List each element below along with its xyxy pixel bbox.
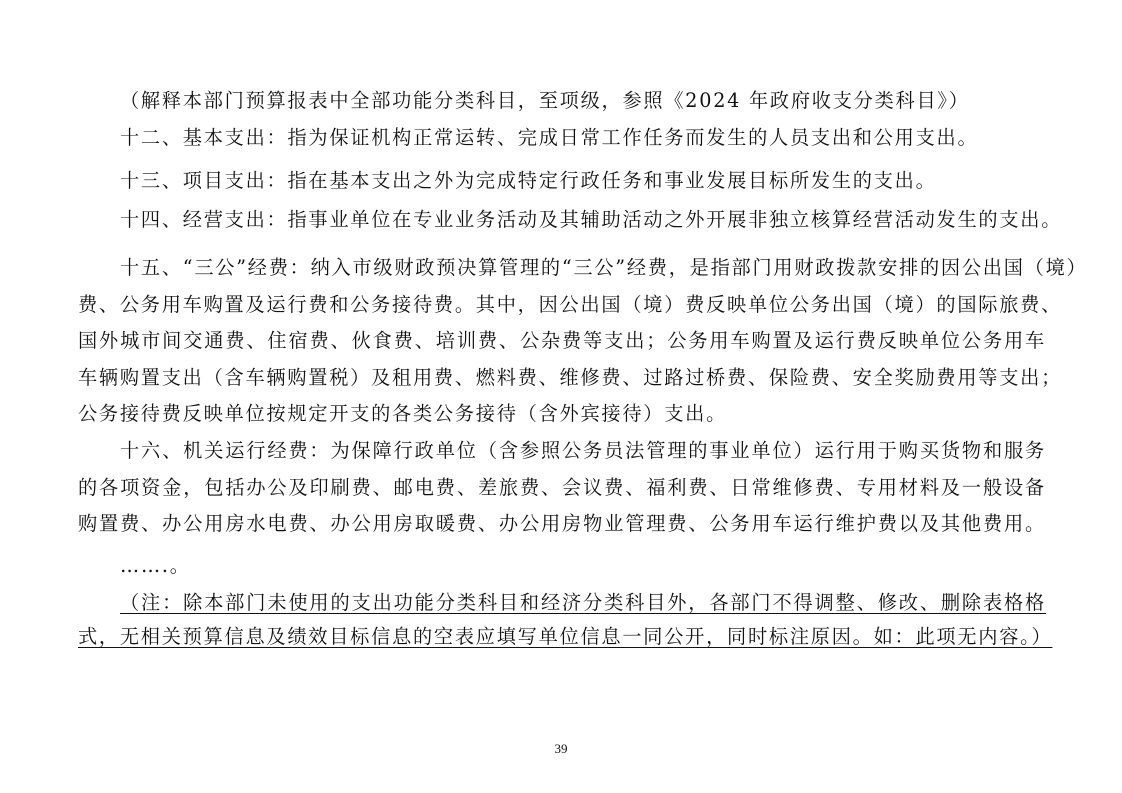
paragraph-operating-expenditure: 十四、经营支出：指事业单位在专业业务活动及其辅助活动之外开展非独立核算经营活动发…	[120, 207, 1046, 233]
note-line-2: 式，无相关预算信息及绩效目标信息的空表应填写单位信息一同公开，同时标注原因。如：…	[78, 624, 1046, 650]
paragraph-three-public-expenses-line-2: 费、公务用车购置及运行费和公务接待费。其中，因公出国（境）费反映单位公务出国（境…	[78, 292, 1046, 318]
paragraph-three-public-expenses-line-1: 十五、“三公”经费：纳入市级财政预决算管理的“三公”经费，是指部门用财政拨款安排…	[120, 255, 1046, 281]
paragraph-ellipsis: …….。	[120, 553, 1046, 579]
paragraph-project-expenditure: 十三、项目支出：指在基本支出之外为完成特定行政任务和事业发展目标所发生的支出。	[120, 168, 1046, 194]
paragraph-agency-operating-funds-line-1: 十六、机关运行经费：为保障行政单位（含参照公务员法管理的事业单位）运行用于购买货…	[120, 438, 1046, 464]
paragraph-agency-operating-funds-line-2: 的各项资金，包括办公及印刷费、邮电费、差旅费、会议费、福利费、日常维修费、专用材…	[78, 475, 1046, 501]
paragraph-three-public-expenses-line-4: 车辆购置支出（含车辆购置税）及租用费、燃料费、维修费、过路过桥费、保险费、安全奖…	[78, 365, 1046, 391]
paragraph-function-classification-note: （解释本部门预算报表中全部功能分类科目，至项级，参照《2024 年政府收支分类科…	[120, 88, 1046, 114]
page-number: 39	[0, 741, 1122, 757]
paragraph-basic-expenditure: 十二、基本支出：指为保证机构正常运转、完成日常工作任务而发生的人员支出和公用支出…	[120, 125, 1046, 151]
note-line-1: （注：除本部门未使用的支出功能分类科目和经济分类科目外，各部门不得调整、修改、删…	[120, 590, 1046, 616]
paragraph-agency-operating-funds-line-3: 购置费、办公用房水电费、办公用房取暖费、办公用房物业管理费、公务用车运行维护费以…	[78, 511, 1046, 537]
paragraph-three-public-expenses-line-3: 国外城市间交通费、住宿费、伙食费、培训费、公杂费等支出；公务用车购置及运行费反映…	[78, 328, 1046, 354]
document-page: （解释本部门预算报表中全部功能分类科目，至项级，参照《2024 年政府收支分类科…	[0, 0, 1122, 793]
paragraph-three-public-expenses-line-5: 公务接待费反映单位按规定开支的各类公务接待（含外宾接待）支出。	[78, 401, 1046, 427]
